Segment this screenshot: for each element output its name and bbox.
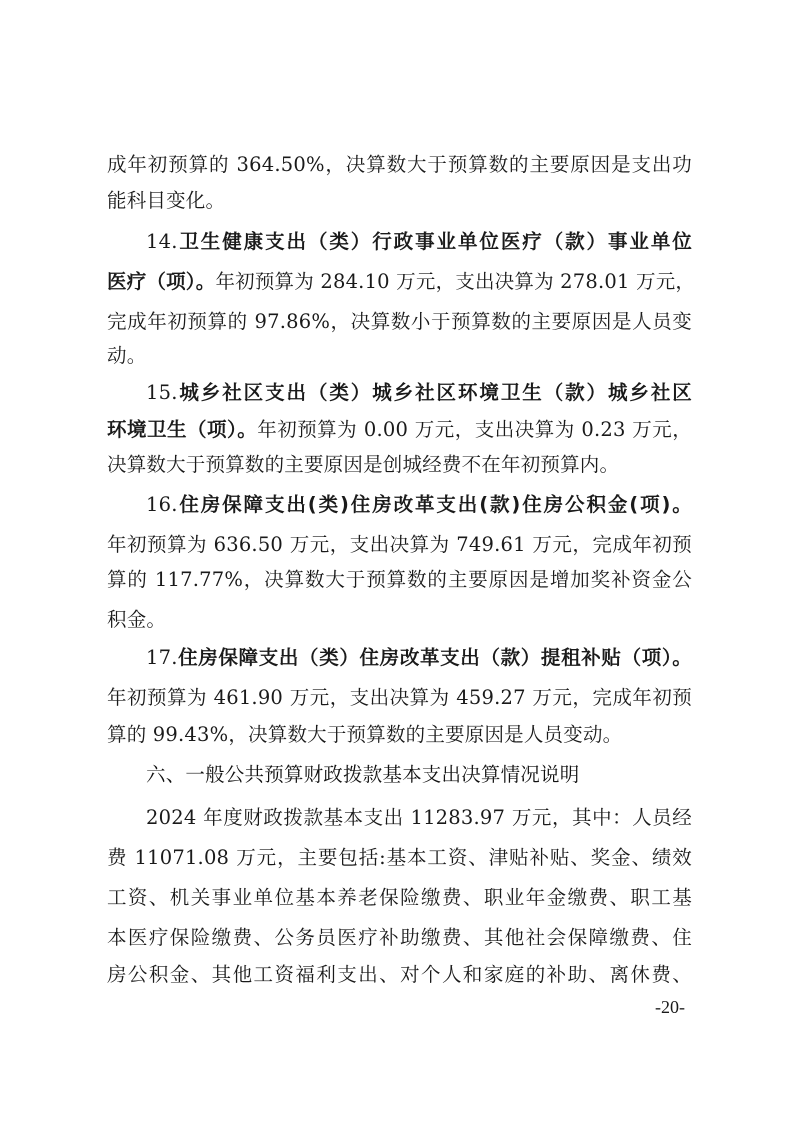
item-title: 住房保障支出(类)住房改革支出(款)住房公积金(项)。 <box>178 493 692 516</box>
paragraph-line: 完成年初预算的 97.86%，决算数小于预算数的主要原因是人员变 <box>107 307 692 337</box>
paragraph-line: 算的 99.43%，决算数大于预算数的主要原因是人员变动。 <box>107 720 692 750</box>
paragraph-line: 工资、机关事业单位基本养老保险缴费、职业年金缴费、职工基 <box>107 883 692 913</box>
item-title-end: 环境卫生（项）。 <box>107 418 257 441</box>
item-17-title-line: 17.住房保障支出（类）住房改革支出（款）提租补贴（项）。 <box>146 643 692 673</box>
paragraph-line: 房公积金、其他工资福利支出、对个人和家庭的补助、离休费、 <box>107 960 692 990</box>
paragraph-line: 2024 年度财政拨款基本支出 11283.97 万元，其中：人员经 <box>146 803 692 833</box>
item-title-end: 医疗（项）。 <box>107 270 215 293</box>
paragraph-line: 算的 117.77%，决算数大于预算数的主要原因是增加奖补资金公 <box>107 565 692 595</box>
page-number: -20- <box>655 997 685 1018</box>
paragraph-line: 费 11071.08 万元，主要包括:基本工资、津贴补贴、奖金、绩效 <box>107 843 692 873</box>
paragraph-line: 决算数大于预算数的主要原因是创城经费不在年初预算内。 <box>107 450 692 480</box>
item-number: 17. <box>146 646 178 669</box>
document-page: 成年初预算的 364.50%，决算数大于预算数的主要原因是支出功 能科目变化。 … <box>0 0 793 1122</box>
section-heading: 六、一般公共预算财政拨款基本支出决算情况说明 <box>146 760 692 790</box>
item-15-title-line: 15.城乡社区支出（类）城乡社区环境卫生（款）城乡社区 <box>146 378 692 408</box>
paragraph-line: 能科目变化。 <box>107 186 692 216</box>
item-text: 年初预算为 0.00 万元，支出决算为 0.23 万元， <box>257 418 692 441</box>
paragraph-line: 积金。 <box>107 605 692 635</box>
item-14-title-line: 14.卫生健康支出（类）行政事业单位医疗（款）事业单位 <box>146 227 692 257</box>
item-15-line: 环境卫生（项）。年初预算为 0.00 万元，支出决算为 0.23 万元， <box>107 415 692 445</box>
item-number: 16. <box>146 493 178 516</box>
item-16-title-line: 16.住房保障支出(类)住房改革支出(款)住房公积金(项)。 <box>146 490 692 520</box>
item-title: 城乡社区支出（类）城乡社区环境卫生（款）城乡社区 <box>178 381 692 404</box>
item-title: 住房保障支出（类）住房改革支出（款）提租补贴（项）。 <box>178 646 692 669</box>
paragraph-line: 本医疗保险缴费、公务员医疗补助缴费、其他社会保障缴费、住 <box>107 923 692 953</box>
item-title: 卫生健康支出（类）行政事业单位医疗（款）事业单位 <box>178 230 692 253</box>
item-14-line: 医疗（项）。年初预算为 284.10 万元，支出决算为 278.01 万元， <box>107 267 692 297</box>
item-number: 14. <box>146 230 178 253</box>
paragraph-line: 年初预算为 461.90 万元，支出决算为 459.27 万元，完成年初预 <box>107 683 692 713</box>
paragraph-line: 动。 <box>107 341 692 371</box>
paragraph-line: 年初预算为 636.50 万元，支出决算为 749.61 万元，完成年初预 <box>107 530 692 560</box>
item-number: 15. <box>146 381 178 404</box>
item-text: 年初预算为 284.10 万元，支出决算为 278.01 万元， <box>215 270 695 293</box>
paragraph-line: 成年初预算的 364.50%，决算数大于预算数的主要原因是支出功 <box>107 150 692 180</box>
